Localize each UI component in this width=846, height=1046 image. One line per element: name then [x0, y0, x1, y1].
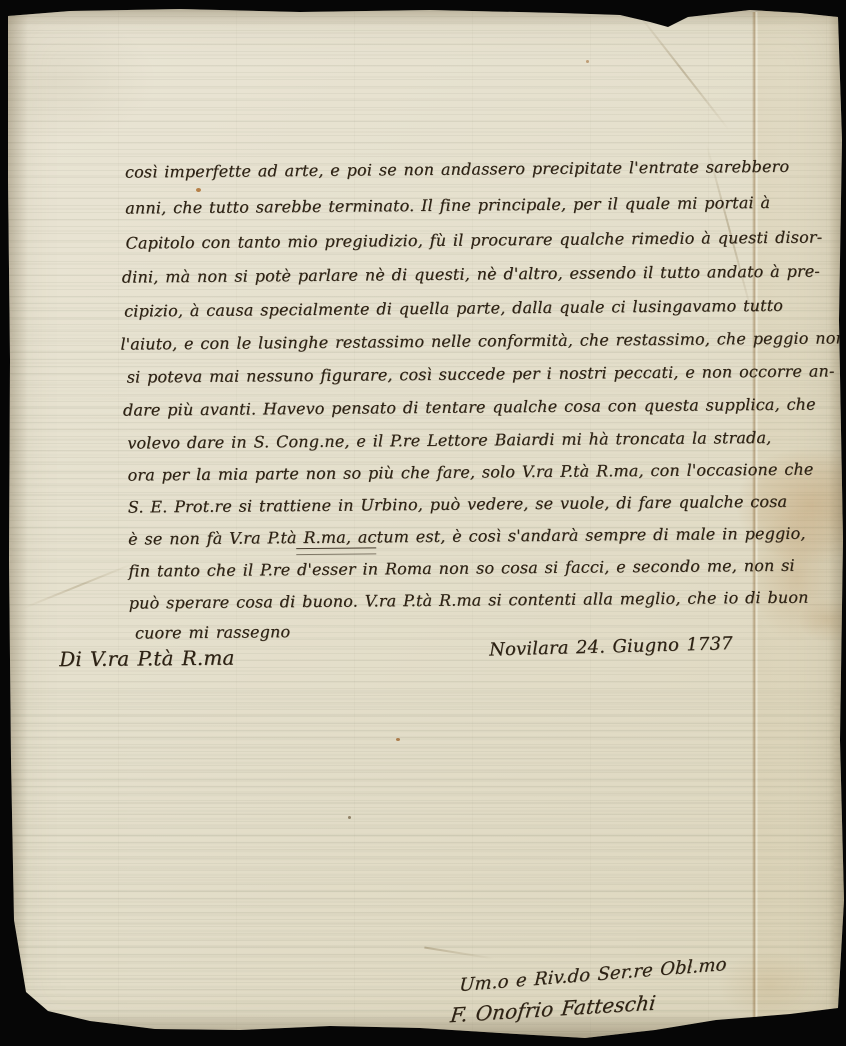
handwriting-line: dare più avanti. Havevo pensato di tenta… — [123, 395, 816, 420]
handwriting-line: volevo dare in S. Cong.ne, e il P.re Let… — [127, 428, 771, 453]
ink-showthrough-texture — [12, 300, 834, 560]
folded-margin-panel — [758, 10, 838, 1022]
paper-edge-shading — [6, 1012, 840, 1038]
foxing-speck — [586, 60, 589, 63]
handwriting-line: può sperare cosa di buono. V.ra P.tà R.m… — [129, 588, 809, 613]
letter-page: così imperfette ad arte, e poi se non an… — [0, 0, 846, 1046]
letter-text-block: così imperfette ad arte, e poi se non an… — [0, 0, 846, 1046]
foxing-speck — [688, 965, 692, 968]
foxing-speck — [348, 816, 351, 819]
handwriting-line: si poteva mai nessuno figurare, così suc… — [127, 361, 835, 386]
valediction: Di V.ra P.tà R.ma — [59, 646, 235, 672]
signature-line: Um.o e Riv.do Ser.re Obl.mo — [459, 954, 728, 996]
crease-line — [706, 144, 754, 318]
handwriting-line: così imperfette ad arte, e poi se non an… — [125, 157, 789, 182]
foxing-speck — [396, 738, 400, 741]
handwriting-line: cipizio, à causa specialmente di quella … — [124, 296, 783, 321]
crease-line — [22, 563, 134, 609]
handwriting-line: cuore mi rassegno — [135, 622, 290, 642]
handwriting-line: l'aiuto, e con le lusinghe restassimo ne… — [120, 328, 846, 353]
paper-edge-shading — [828, 8, 844, 1026]
handwriting-line: ora per la mia parte non so più che fare… — [127, 460, 813, 485]
crease-line — [636, 11, 730, 130]
paper-edge-shading — [6, 8, 28, 1026]
ink-showthrough-texture — [12, 690, 834, 1020]
signature-line: F. Onofrio Fatteschi — [449, 990, 657, 1027]
foxing-speck — [196, 188, 201, 192]
handwriting-line: dini, mà non si potè parlare nè di quest… — [122, 262, 820, 287]
handwriting-line: fin tanto che il P.re d'esser in Roma no… — [128, 556, 794, 581]
handwriting-line: anni, che tutto sarebbe terminato. Il fi… — [125, 193, 770, 218]
handwriting-line: è se non fà V.ra P.tà R.ma, actum est, è… — [128, 524, 806, 549]
fold-crease — [752, 12, 758, 1020]
crease-line — [424, 947, 493, 959]
paper-edge-shading — [6, 8, 840, 26]
scanned-letter-image: così imperfette ad arte, e poi se non an… — [0, 0, 846, 1046]
dateline: Novilara 24. Giugno 1737 — [489, 633, 733, 660]
handwriting-line: S. E. Prot.re si trattiene in Urbino, pu… — [128, 492, 788, 517]
handwriting-line: Capitolo con tanto mio pregiudizio, fù i… — [125, 228, 822, 253]
actum-est-underline — [296, 547, 376, 555]
